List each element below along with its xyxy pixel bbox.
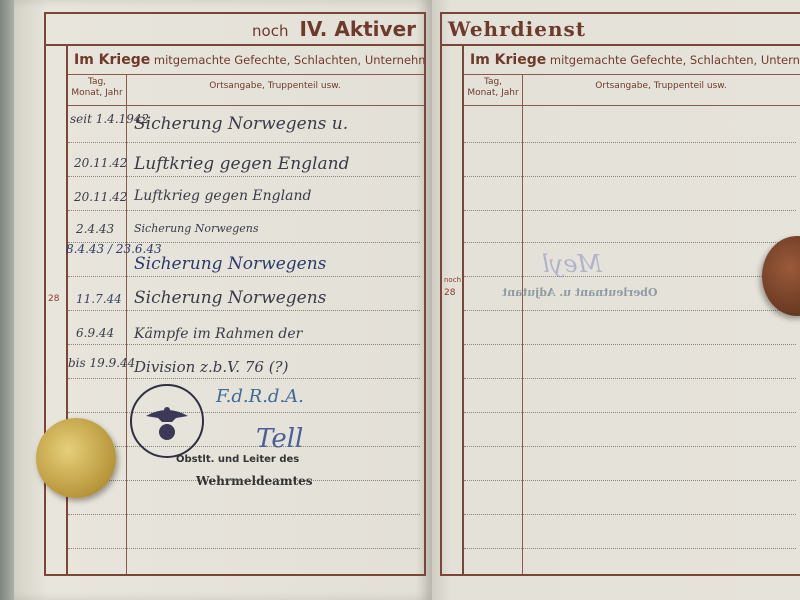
table-row xyxy=(464,412,796,413)
signature-line: F.d.R.d.A. xyxy=(216,386,304,407)
left-column-header: Tag, Monat, Jahr Ortsangabe, Truppenteil… xyxy=(66,74,424,106)
table-row xyxy=(68,276,420,277)
entry-date: 11.7.44 xyxy=(76,292,122,306)
officer-signature: Tell xyxy=(256,424,303,454)
col-date-line1: Tag, xyxy=(68,77,126,88)
table-row xyxy=(464,446,796,447)
table-row xyxy=(464,344,796,345)
column-divider xyxy=(522,74,523,574)
table-row xyxy=(68,210,420,211)
entry-date: 20.11.42 xyxy=(74,156,127,170)
date-column-header: Tag, Monat, Jahr xyxy=(68,77,126,99)
entry-text: Kämpfe im Rahmen der xyxy=(134,326,302,342)
gold-coin xyxy=(36,418,116,498)
header-prefix: noch xyxy=(252,22,288,40)
table-row xyxy=(68,344,420,345)
row-number: 28 xyxy=(444,288,455,298)
col-date-line2: Monat, Jahr xyxy=(68,88,126,99)
left-table-frame: noch IV. Aktiver Im Kriege mitgemachte G… xyxy=(44,12,426,576)
table-row xyxy=(68,142,420,143)
table-row xyxy=(464,514,796,515)
entry-date: 20.11.42 xyxy=(74,190,127,204)
row-prefix: noch xyxy=(444,276,461,284)
eagle-icon xyxy=(132,386,202,456)
offset-signature: Meyl xyxy=(542,250,602,278)
stamp-title: Obstlt. und Leiter des xyxy=(176,454,299,465)
right-column-header: Tag, Monat, Jahr Ortsangabe, Truppenteil… xyxy=(462,74,800,106)
table-row xyxy=(464,242,796,243)
table-row xyxy=(464,310,796,311)
table-row xyxy=(464,378,796,379)
subheader-rest: mitgemachte Gefechte, Schlachten, Untern… xyxy=(550,53,800,67)
col-date-line1: Tag, xyxy=(464,77,522,88)
table-row xyxy=(464,176,796,177)
place-column-header: Ortsangabe, Truppenteil usw. xyxy=(126,81,424,91)
table-row xyxy=(68,446,420,447)
table-row xyxy=(68,412,420,413)
table-row xyxy=(464,480,796,481)
subheader-rest: mitgemachte Gefechte, Schlachten, Untern… xyxy=(154,53,424,67)
left-page: noch IV. Aktiver Im Kriege mitgemachte G… xyxy=(14,0,432,600)
table-row xyxy=(68,176,420,177)
subheader-bold: Im Kriege xyxy=(74,52,150,68)
right-header: Wehrdienst xyxy=(442,14,800,46)
entry-text: Luftkrieg gegen England xyxy=(134,154,349,174)
entry-text: Division z.b.V. 76 (?) xyxy=(134,358,288,376)
column-divider xyxy=(126,74,127,574)
table-row xyxy=(464,210,796,211)
row-number: 28 xyxy=(48,294,59,304)
table-row xyxy=(464,276,796,277)
entry-date: 2.4.43 xyxy=(76,222,114,236)
table-row xyxy=(464,548,796,549)
table-row xyxy=(464,142,796,143)
table-row xyxy=(68,310,420,311)
entry-text: Sicherung Norwegens xyxy=(134,254,326,274)
entry-date: 6.9.44 xyxy=(76,326,114,340)
col-date-line2: Monat, Jahr xyxy=(464,88,522,99)
entry-date: bis 19.9.44 xyxy=(68,356,135,370)
entry-text: Luftkrieg gegen England xyxy=(134,188,311,204)
table-row xyxy=(68,378,420,379)
table-row xyxy=(68,514,420,515)
right-subheader: Im Kriege mitgemachte Gefechte, Schlacht… xyxy=(462,46,800,74)
entry-text: Sicherung Norwegens xyxy=(134,288,326,308)
eagle-stamp xyxy=(130,384,204,458)
left-subheader: Im Kriege mitgemachte Gefechte, Schlacht… xyxy=(66,46,424,74)
date-column-header: Tag, Monat, Jahr xyxy=(464,77,522,99)
header-title: IV. Aktiver xyxy=(299,17,416,41)
left-margin-rule xyxy=(66,74,68,574)
subheader-bold: Im Kriege xyxy=(470,52,546,68)
left-header: noch IV. Aktiver xyxy=(46,14,424,46)
place-column-header: Ortsangabe, Truppenteil usw. xyxy=(522,81,800,91)
entry-text: Sicherung Norwegens u. xyxy=(134,114,348,134)
right-margin-rule xyxy=(462,74,464,574)
table-row xyxy=(68,548,420,549)
entry-text: Sicherung Norwegens xyxy=(134,222,259,235)
stamp-office: Wehrmeldeamtes xyxy=(196,474,313,488)
offset-print: Oberleutnant u. Adjutant xyxy=(502,286,658,299)
right-table-frame: Wehrdienst Im Kriege mitgemachte Gefecht… xyxy=(440,12,800,576)
right-page: Wehrdienst Im Kriege mitgemachte Gefecht… xyxy=(432,0,800,600)
